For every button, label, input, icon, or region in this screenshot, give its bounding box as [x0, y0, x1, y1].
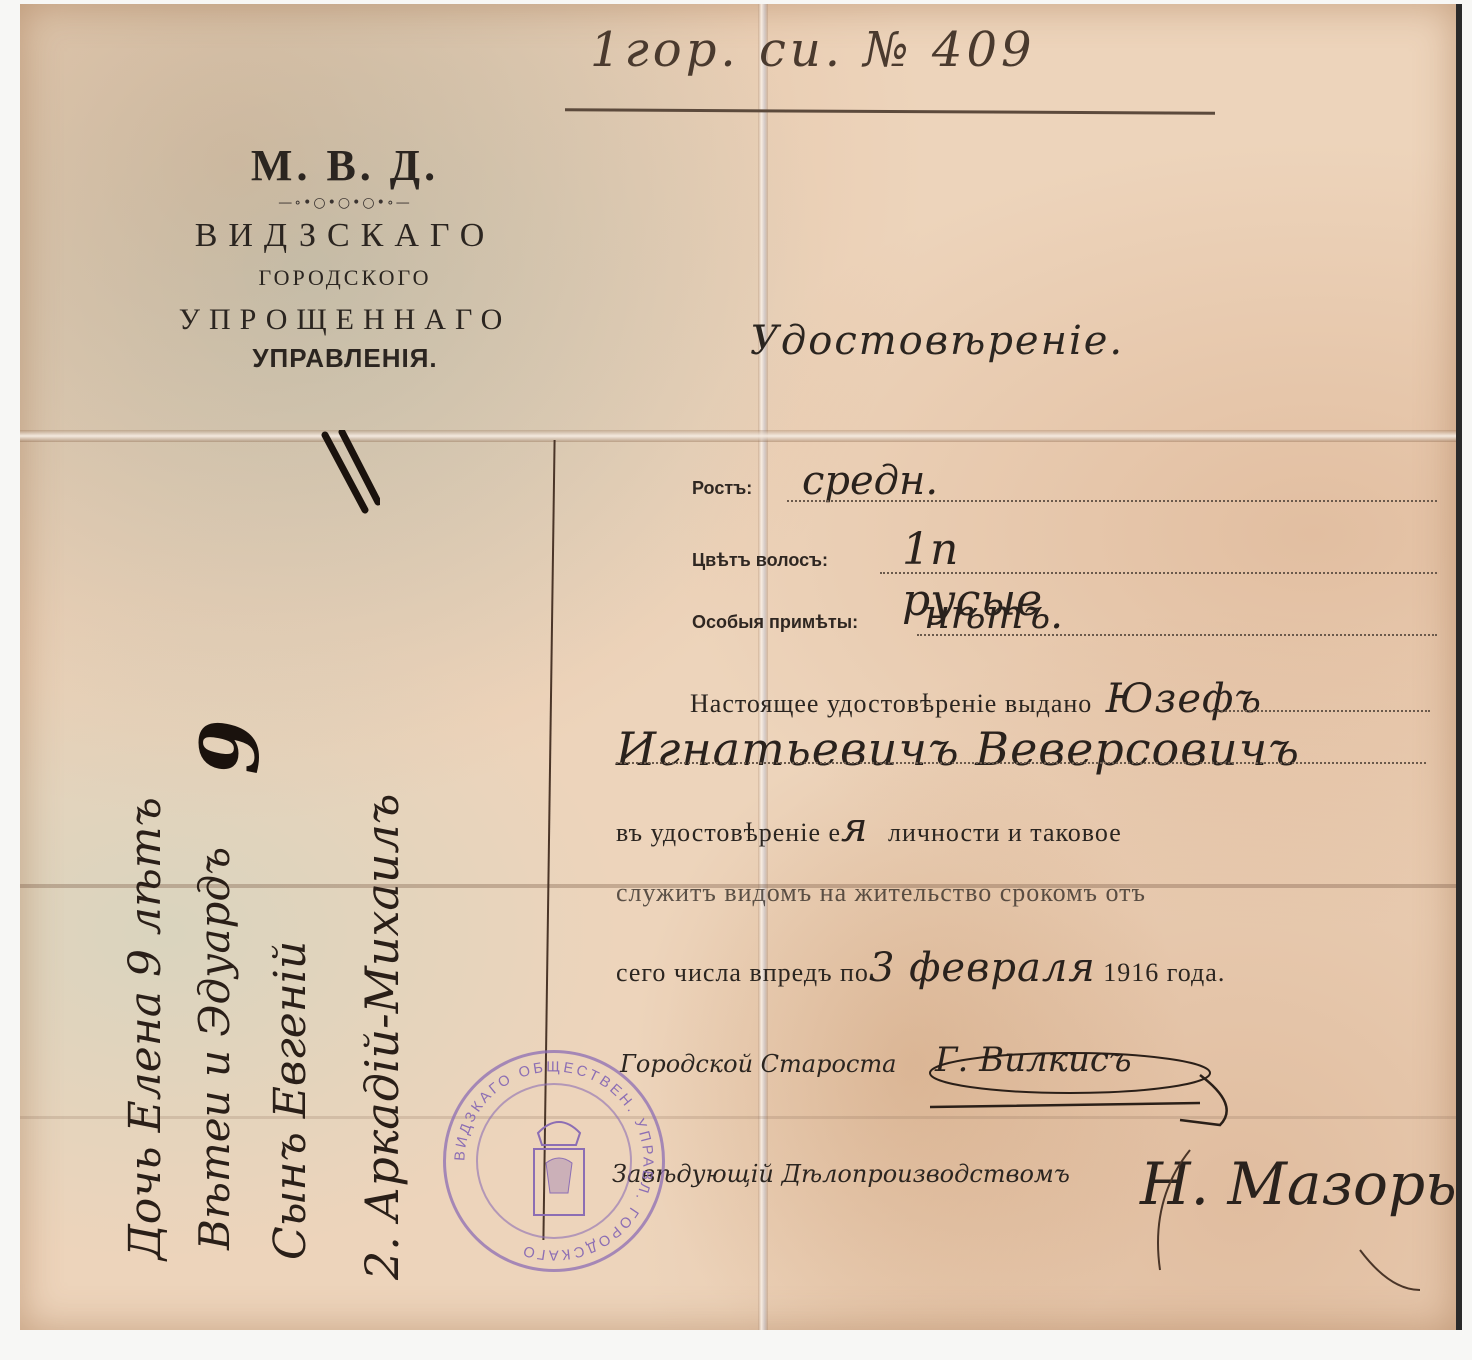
- body-line-2: Игнатьевичъ Веверсовичъ: [616, 722, 1300, 776]
- holder-patronymic-surname: Игнатьевичъ Веверсовичъ: [616, 722, 1300, 776]
- dotted-line: [1210, 710, 1430, 712]
- field-value: средн.: [802, 458, 938, 504]
- dotted-line: [917, 634, 1437, 636]
- issuer-line-2: ГОРОДСКОГО: [110, 265, 580, 291]
- official-stamp: ВИДЗКАГО ОБЩЕСТВЕН. УПРАВЛ. ГОРОДСКАГО: [443, 1050, 665, 1272]
- body-text: Настоящее удостовѣреніе выдано: [690, 689, 1092, 718]
- vertical-fold: [758, 4, 768, 1330]
- margin-number: 9: [183, 719, 277, 775]
- reference-number: 1гор. си. № 409: [590, 22, 1036, 78]
- issuer-line-3: УПРОЩЕННАГО: [110, 303, 580, 337]
- body-text: личности и таковое: [888, 818, 1122, 847]
- issuer-line-4: УПРАВЛЕНІЯ.: [110, 343, 580, 374]
- dotted-line: [616, 762, 1426, 764]
- ink-strokes: [320, 430, 380, 520]
- margin-note-col1: Дочь Елена 9 лѣтъ: [120, 797, 171, 1260]
- field-hair-color: Цвѣтъ волосъ: 1п русые: [692, 550, 828, 571]
- clerk-label: Завѣдующій Дѣлопроизводствомъ: [612, 1160, 1070, 1188]
- field-special-marks: Особыя примѣты: нѣтъ.: [692, 612, 858, 633]
- year: 1916: [1103, 958, 1159, 987]
- coat-of-arms-icon: [528, 1113, 590, 1223]
- body-line-3: въ удостовѣреніе ея личности и таковое: [616, 805, 1122, 851]
- margin-note-col3: Сынъ Евгеній: [265, 941, 316, 1260]
- gender-ending: я: [841, 805, 868, 851]
- dotted-line: [880, 572, 1437, 574]
- field-label: Цвѣтъ волосъ:: [692, 550, 828, 570]
- field-label: Особыя примѣты:: [692, 612, 858, 632]
- elder-signature-flourish: [920, 1045, 1260, 1145]
- body-text: сего числа впредъ по: [616, 958, 869, 987]
- clerk-signature-flourish: [1130, 1140, 1430, 1300]
- field-value: нѣтъ.: [924, 592, 1063, 638]
- field-label: Ростъ:: [692, 478, 752, 498]
- field-height: Ростъ: средн.: [692, 478, 752, 499]
- ministry-abbrev: М. В. Д.: [110, 140, 580, 191]
- valid-until: 3 февраля: [869, 945, 1096, 991]
- issuer-header: М. В. Д. —∘•○•○•○•∘— ВИДЗСКАГО ГОРОДСКОГ…: [110, 140, 580, 374]
- issuer-line-1: ВИДЗСКАГО: [110, 217, 580, 255]
- horizontal-fold-top: [20, 430, 1456, 442]
- body-line-1: Настоящее удостовѣреніе выдано Юзефъ: [690, 676, 1262, 722]
- ornament-divider: —∘•○•○•○•∘—: [110, 195, 580, 211]
- document-title: Удостовѣреніе.: [750, 318, 1124, 364]
- body-text: года.: [1167, 958, 1226, 987]
- margin-note-col4: 2. Аркадій-Михаилъ: [355, 794, 409, 1280]
- holder-first-name: Юзефъ: [1106, 676, 1262, 722]
- dotted-line: [787, 500, 1437, 502]
- margin-note-col2: Вѣтеи и Эдуардъ: [190, 847, 239, 1250]
- body-line-4: служитъ видомъ на жительство срокомъ отъ: [616, 878, 1146, 908]
- body-line-5: сего числа впредъ по3 февраля 1916 года.: [616, 945, 1225, 991]
- body-text: въ удостовѣреніе е: [616, 818, 841, 847]
